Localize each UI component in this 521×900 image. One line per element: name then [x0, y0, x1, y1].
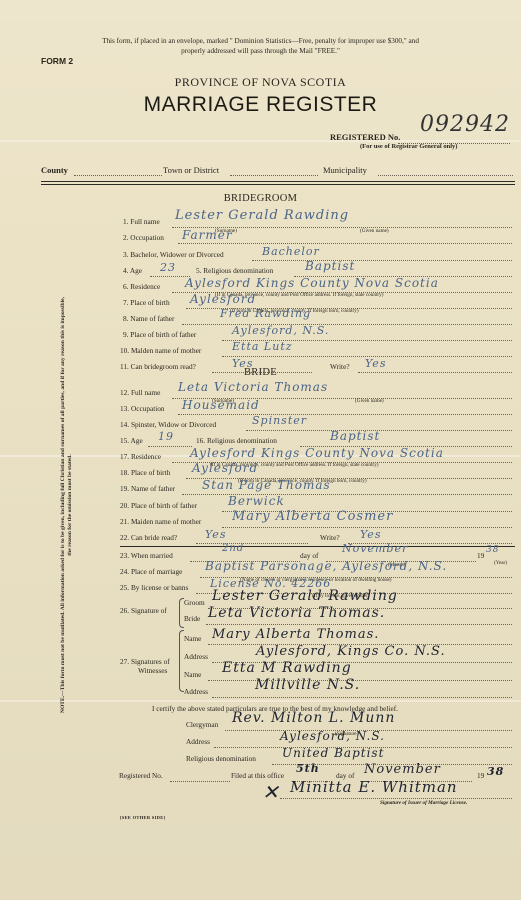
document-page: This form, if placed in an envelope, mar… — [0, 0, 521, 900]
town-label: Town or District — [163, 165, 219, 175]
bride-father-value: Stan Page Thomas — [202, 478, 331, 492]
bride-full-name-value: Leta Victoria Thomas — [178, 380, 328, 394]
groom-occupation-field[interactable] — [178, 243, 512, 244]
married-month-value: November — [342, 542, 408, 555]
groom-occupation-label: 2. Occupation — [123, 233, 164, 242]
bride-mother-label: 21. Maiden name of mother — [120, 517, 201, 526]
municipality-label: Municipality — [323, 165, 367, 175]
cross-mark: ✕ — [262, 780, 280, 804]
paper-fold — [0, 140, 521, 142]
groom-status-field[interactable] — [252, 260, 512, 261]
registered-no-footer-field[interactable] — [170, 781, 230, 782]
clergyman-address-label: Address — [186, 737, 210, 746]
paper-fold — [0, 700, 521, 702]
clergyman-signature-value: Rev. Milton L. Munn — [232, 710, 395, 726]
bride-occupation-label: 13. Occupation — [120, 404, 165, 413]
bride-write-label: Write? — [320, 533, 340, 542]
registered-no-hint: (For use of Registrar General only) — [360, 143, 457, 150]
married-year-value: 38 — [486, 545, 499, 555]
bride-birthplace-label: 18. Place of birth — [120, 468, 170, 477]
witness2-address-value: Millville N.S. — [255, 677, 360, 693]
clergyman-denomination-label: Religious denomination — [186, 754, 256, 763]
groom-residence-label: 6. Residence — [123, 282, 160, 291]
bride-birthplace-value: Aylesford — [192, 461, 258, 475]
filed-month-value: November — [364, 762, 441, 777]
witness2-address-field[interactable] — [212, 697, 512, 698]
clergyman-denomination-value: United Baptist — [282, 746, 384, 760]
clergyman-label: Clergyman — [186, 720, 218, 729]
see-other-side: [SEE OTHER SIDE] — [120, 815, 165, 820]
groom-age-value: 23 — [160, 261, 176, 274]
bridegroom-heading: BRIDEGROOM — [0, 193, 521, 204]
groom-birthplace-label: 7. Place of birth — [123, 298, 170, 307]
divider — [41, 181, 515, 182]
filed-year-value: 38 — [487, 765, 504, 778]
bride-residence-value: Aylesford Kings County Nova Scotia — [190, 446, 444, 460]
bride-heading: BRIDE — [0, 367, 521, 378]
issuer-signature-field[interactable] — [280, 798, 512, 799]
witness1-name-value: Mary Alberta Thomas. — [212, 627, 379, 642]
groom-father-value: Fred Rawding — [220, 307, 311, 320]
bride-full-name-label: 12. Full name — [120, 388, 160, 397]
witnesses-label: 27. Signatures of — [120, 657, 170, 666]
witnesses-label-line2: Witnesses — [138, 666, 167, 675]
groom-mother-label: 10. Malden name of mother — [120, 346, 201, 355]
groom-residence-value: Aylesford Kings County Nova Scotia — [185, 276, 439, 290]
groom-religion-value: Baptist — [305, 259, 355, 273]
groom-religion-label: 5. Religious denomination — [196, 266, 273, 275]
license-label: 25. By license or banns — [120, 583, 188, 592]
place-of-marriage-value: Baptist Parsonage, Aylesford, N.S. — [205, 559, 447, 573]
given-name-hint: (Given name) — [355, 398, 384, 404]
groom-signature-value: Lester Gerald Rawding — [212, 588, 398, 604]
groom-signature-label: Groom — [184, 598, 205, 607]
witness2-name-value: Etta M Rawding — [222, 660, 352, 676]
groom-age-field[interactable] — [150, 276, 190, 277]
bride-occupation-value: Housemaid — [182, 398, 260, 412]
groom-father-birthplace-label: 9. Place of birth of father — [123, 330, 196, 339]
bride-signature-field[interactable] — [206, 624, 512, 625]
groom-status-value: Bachelor — [262, 245, 320, 258]
bride-father-birthplace-value: Berwick — [228, 494, 285, 508]
groom-birthplace-value: Aylesford — [190, 292, 256, 306]
bride-age-value: 19 — [158, 430, 174, 443]
groom-status-label: 3. Bachelor, Widower or Divorced — [123, 250, 224, 259]
given-name-hint: (Given name) — [360, 228, 389, 234]
registered-no-footer-label: Registered No. — [119, 771, 163, 780]
county-label: County — [41, 165, 68, 175]
bride-write-value: Yes — [360, 528, 381, 541]
bride-residence-label: 17. Residence — [120, 452, 161, 461]
filed-label: Filed at this office — [231, 771, 284, 780]
bride-signature-value: Leta Victoria Thomas. — [208, 605, 385, 621]
side-note: NOTE.—This form must not be mutilated. A… — [60, 295, 74, 715]
registered-no-value: 092942 — [420, 112, 510, 137]
groom-full-name-label: 1. Full name — [123, 217, 160, 226]
witness1-name-label: Name — [184, 634, 201, 643]
bride-father-birthplace-label: 20. Place of birth of father — [120, 501, 197, 510]
witness2-address-label: Address — [184, 687, 208, 696]
clergyman-address-value: Aylesford, N.S. — [280, 729, 385, 743]
groom-full-name-value: Lester Gerald Rawding — [175, 208, 349, 223]
groom-mother-value: Etta Lutz — [232, 340, 293, 353]
bride-status-value: Spinster — [252, 414, 307, 427]
year-prefix: 19 — [477, 551, 484, 560]
witness1-address-value: Aylesford, Kings Co. N.S. — [256, 644, 446, 659]
bride-status-label: 14. Spinster, Widow or Divorced — [120, 420, 216, 429]
bride-age-label: 15. Age — [120, 436, 143, 445]
divider — [41, 184, 515, 185]
married-day-value: 2nd — [222, 543, 244, 554]
groom-father-label: 8. Name of father — [123, 314, 174, 323]
form-number: FORM 2 — [41, 56, 73, 66]
bride-religion-value: Baptist — [330, 429, 380, 443]
county-field[interactable] — [74, 175, 162, 176]
bride-mother-value: Mary Alberta Cosmer — [232, 509, 393, 524]
groom-age-label: 4. Age — [123, 266, 142, 275]
when-married-label: 23. When married — [120, 551, 173, 560]
signature-of-label: 26. Signature of — [120, 606, 167, 615]
bride-signature-label: Bride — [184, 614, 200, 623]
bride-read-label: 22. Can bride read? — [120, 533, 177, 542]
bride-father-label: 19. Name of father — [120, 484, 175, 493]
witness1-address-label: Address — [184, 652, 208, 661]
bride-age-field[interactable] — [148, 446, 192, 447]
witness2-name-label: Name — [184, 670, 201, 679]
issuer-signature-hint: Signature of Issuer of Marriage License. — [380, 800, 467, 806]
place-of-marriage-label: 24. Place of marriage — [120, 567, 182, 576]
municipality-field[interactable] — [378, 175, 513, 176]
bride-read-value: Yes — [205, 528, 226, 541]
bride-read-field[interactable] — [196, 543, 308, 544]
bride-occupation-field[interactable] — [178, 414, 512, 415]
mail-note-line1: This form, if placed in an envelope, mar… — [0, 36, 521, 46]
filed-day-value: 5th — [296, 762, 320, 775]
groom-occupation-value: Farmer — [182, 228, 233, 242]
bride-religion-label: 16. Religious denomination — [196, 436, 277, 445]
filed-year-prefix: 19 — [477, 771, 484, 780]
town-field[interactable] — [230, 175, 318, 176]
mail-note-line2: properly addressed will pass through the… — [0, 46, 521, 56]
province-heading: PROVINCE OF NOVA SCOTIA — [0, 75, 521, 90]
groom-father-birthplace-value: Aylesford, N.S. — [232, 324, 329, 337]
issuer-signature-value: Minitta E. Whitman — [290, 778, 458, 796]
year-hint: (Year) — [494, 560, 507, 566]
divider — [120, 546, 515, 547]
registered-no-label: REGISTERED No. — [330, 132, 400, 142]
